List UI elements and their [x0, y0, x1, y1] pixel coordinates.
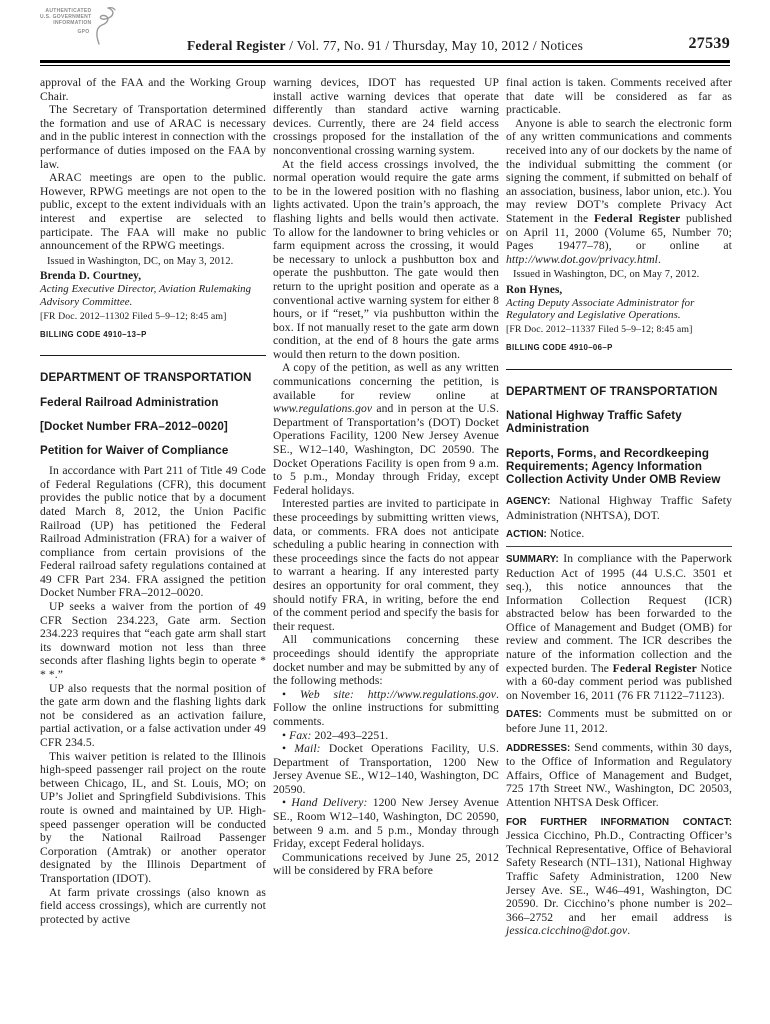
section-divider: [506, 369, 732, 370]
paragraph: Anyone is able to search the electronic …: [506, 117, 732, 267]
italic-text: Web site: http://www.regulations.gov: [300, 688, 496, 701]
text-run: Acting Deputy Associate Administrator fo…: [506, 297, 694, 321]
italic-text: Hand Delivery:: [291, 796, 367, 809]
text-run: •: [282, 742, 294, 755]
text-run: A copy of the petition, as well as any w…: [273, 361, 499, 401]
paragraph: approval of the FAA and the Working Grou…: [40, 76, 266, 103]
field-label: ADDRESSES:: [506, 743, 570, 754]
text-run: •: [282, 688, 300, 701]
paragraph: • Web site: http://www.regulations.gov. …: [273, 688, 499, 729]
paragraph: • Fax: 202–493–2251.: [273, 729, 499, 743]
signatory-title: Acting Deputy Associate Administrator fo…: [506, 297, 732, 321]
bold-text: Federal Register: [594, 212, 680, 225]
subject-heading: Federal Railroad Administration: [40, 396, 266, 409]
paragraph: In accordance with Part 211 of Title 49 …: [40, 464, 266, 600]
paragraph: Interested parties are invited to partic…: [273, 497, 499, 633]
paragraph: At farm private crossings (also known as…: [40, 886, 266, 927]
text-run: Jessica Cicchino, Ph.D., Contracting Off…: [506, 829, 732, 924]
labeled-paragraph: ADDRESSES: Send comments, within 30 days…: [506, 741, 732, 810]
department-heading: DEPARTMENT OF TRANSPORTATION: [40, 371, 266, 384]
masthead-volume-date: / Vol. 77, No. 91 / Thursday, May 10, 20…: [286, 38, 583, 53]
paragraph: This waiver petition is related to the I…: [40, 750, 266, 886]
text-run: Communications received by June 25, 2012…: [273, 851, 499, 878]
text-run: Petition for Waiver of Compliance: [40, 444, 228, 457]
text-run: UP seeks a waiver from the portion of 49…: [40, 600, 266, 681]
text-run: .: [658, 253, 661, 266]
italic-text: www.regulations.gov: [273, 402, 372, 415]
text-run: Acting Executive Director, Aviation Rule…: [40, 283, 251, 307]
italic-text: Mail:: [294, 742, 320, 755]
header-double-rule: [40, 60, 730, 66]
text-run: Issued in Washington, DC, on May 7, 2012…: [513, 269, 699, 280]
text-run: warning devices, IDOT has requested UP i…: [273, 76, 499, 157]
text-run: The Secretary of Transportation determin…: [40, 103, 266, 170]
billing-code: BILLING CODE 4910–06–P: [506, 341, 732, 355]
column-middle: warning devices, IDOT has requested UP i…: [273, 76, 499, 938]
text-run: [FR Doc. 2012–11337 Filed 5–9–12; 8:45 a…: [506, 324, 692, 335]
paragraph: At the field access crossings involved, …: [273, 158, 499, 362]
text-run: This waiver petition is related to the I…: [40, 750, 266, 885]
column-right: final action is taken. Comments received…: [506, 76, 732, 938]
federal-register-page: AUTHENTICATED U.S. GOVERNMENT INFORMATIO…: [0, 0, 770, 1024]
text-run: All communications concerning these proc…: [273, 633, 499, 687]
text-run: Issued in Washington, DC, on May 3, 2012…: [47, 256, 233, 267]
text-run: National Highway Traffic Safety Administ…: [506, 409, 682, 435]
field-label: ACTION:: [506, 529, 547, 540]
seal-line-information: INFORMATION: [40, 20, 91, 26]
labeled-paragraph: AGENCY: National Highway Traffic Safety …: [506, 494, 732, 522]
bold-text: Federal Register: [613, 662, 697, 675]
text-run: Anyone is able to search the electronic …: [506, 117, 732, 225]
field-label: FOR FURTHER INFORMATION CONTACT:: [506, 817, 732, 828]
billing-code: BILLING CODE 4910–13–P: [40, 328, 266, 342]
signatory-name: Ron Hynes,: [506, 284, 732, 297]
text-run: In compliance with the Paperwork Reducti…: [506, 552, 732, 675]
paragraph: A copy of the petition, as well as any w…: [273, 361, 499, 497]
paragraph: warning devices, IDOT has requested UP i…: [273, 76, 499, 158]
text-run: and in person at the U.S. Department of …: [273, 402, 499, 497]
text-run: At farm private crossings (also known as…: [40, 886, 266, 926]
action-divider: [506, 546, 732, 547]
department-heading: DEPARTMENT OF TRANSPORTATION: [506, 385, 732, 398]
text-run: approval of the FAA and the Working Grou…: [40, 76, 266, 103]
text-run: Federal Railroad Administration: [40, 396, 219, 409]
gpo-seal-text: AUTHENTICATED U.S. GOVERNMENT INFORMATIO…: [40, 8, 91, 35]
signatory-title: Acting Executive Director, Aviation Rule…: [40, 283, 266, 307]
page-number: 27539: [689, 35, 731, 53]
text-run: Reports, Forms, and Recordkeeping Requir…: [506, 447, 720, 486]
text-run: 202–493–2251.: [311, 729, 388, 742]
labeled-paragraph: SUMMARY: In compliance with the Paperwor…: [506, 552, 732, 703]
italic-text: Fax:: [289, 729, 311, 742]
section-divider: [40, 355, 266, 356]
seal-line-gpo: GPO: [40, 29, 91, 35]
text-run: [FR Doc. 2012–11302 Filed 5–9–12; 8:45 a…: [40, 311, 226, 322]
paragraph: UP also requests that the normal positio…: [40, 682, 266, 750]
text-run: •: [282, 796, 291, 809]
text-run: final action is taken. Comments received…: [506, 76, 732, 116]
masthead-title: Federal Register: [187, 38, 286, 53]
subject-heading: Petition for Waiver of Compliance: [40, 444, 266, 457]
paragraph: All communications concerning these proc…: [273, 633, 499, 687]
field-label: DATES:: [506, 709, 542, 720]
fr-doc-line: [FR Doc. 2012–11337 Filed 5–9–12; 8:45 a…: [506, 324, 732, 336]
text-run: Ron Hynes,: [506, 284, 562, 296]
subject-heading: [Docket Number FRA–2012–0020]: [40, 420, 266, 433]
italic-text: http://www.dot.gov/privacy.html: [506, 253, 658, 266]
paragraph: The Secretary of Transportation determin…: [40, 103, 266, 171]
text-run: ARAC meetings are open to the public. Ho…: [40, 171, 266, 252]
text-run: In accordance with Part 211 of Title 49 …: [40, 464, 266, 599]
paragraph: final action is taken. Comments received…: [506, 76, 732, 117]
content-columns: approval of the FAA and the Working Grou…: [40, 76, 732, 938]
field-label: SUMMARY:: [506, 554, 559, 565]
text-run: Brenda D. Courtney,: [40, 270, 141, 282]
text-run: DEPARTMENT OF TRANSPORTATION: [40, 371, 251, 384]
field-label: AGENCY:: [506, 496, 550, 507]
text-run: UP also requests that the normal positio…: [40, 682, 266, 749]
issued-line: Issued in Washington, DC, on May 3, 2012…: [40, 256, 266, 269]
paragraph: Communications received by June 25, 2012…: [273, 851, 499, 878]
italic-text: jessica.cicchino@dot.gov: [506, 924, 627, 937]
labeled-paragraph: DATES: Comments must be submitted on or …: [506, 707, 732, 735]
text-run: DEPARTMENT OF TRANSPORTATION: [506, 385, 717, 398]
text-run: .: [627, 924, 630, 937]
issued-line: Issued in Washington, DC, on May 7, 2012…: [506, 269, 732, 282]
subject-heading: Reports, Forms, and Recordkeeping Requir…: [506, 447, 732, 487]
text-run: Notice.: [547, 527, 585, 540]
fr-doc-line: [FR Doc. 2012–11302 Filed 5–9–12; 8:45 a…: [40, 311, 266, 323]
text-run: At the field access crossings involved, …: [273, 158, 499, 361]
paragraph: • Mail: Docket Operations Facility, U.S.…: [273, 742, 499, 796]
text-run: Interested parties are invited to partic…: [273, 497, 499, 632]
labeled-paragraph: ACTION: Notice.: [506, 527, 732, 542]
paragraph: • Hand Delivery: 1200 New Jersey Avenue …: [273, 796, 499, 850]
signatory-name: Brenda D. Courtney,: [40, 270, 266, 283]
masthead: Federal Register / Vol. 77, No. 91 / Thu…: [40, 38, 730, 54]
paragraph: ARAC meetings are open to the public. Ho…: [40, 171, 266, 253]
text-run: BILLING CODE 4910–06–P: [506, 343, 613, 352]
labeled-paragraph: FOR FURTHER INFORMATION CONTACT: Jessica…: [506, 815, 732, 938]
column-left: approval of the FAA and the Working Grou…: [40, 76, 266, 938]
subject-heading: National Highway Traffic Safety Administ…: [506, 409, 732, 435]
text-run: BILLING CODE 4910–13–P: [40, 330, 147, 339]
paragraph: UP seeks a waiver from the portion of 49…: [40, 600, 266, 682]
text-run: [Docket Number FRA–2012–0020]: [40, 420, 228, 433]
